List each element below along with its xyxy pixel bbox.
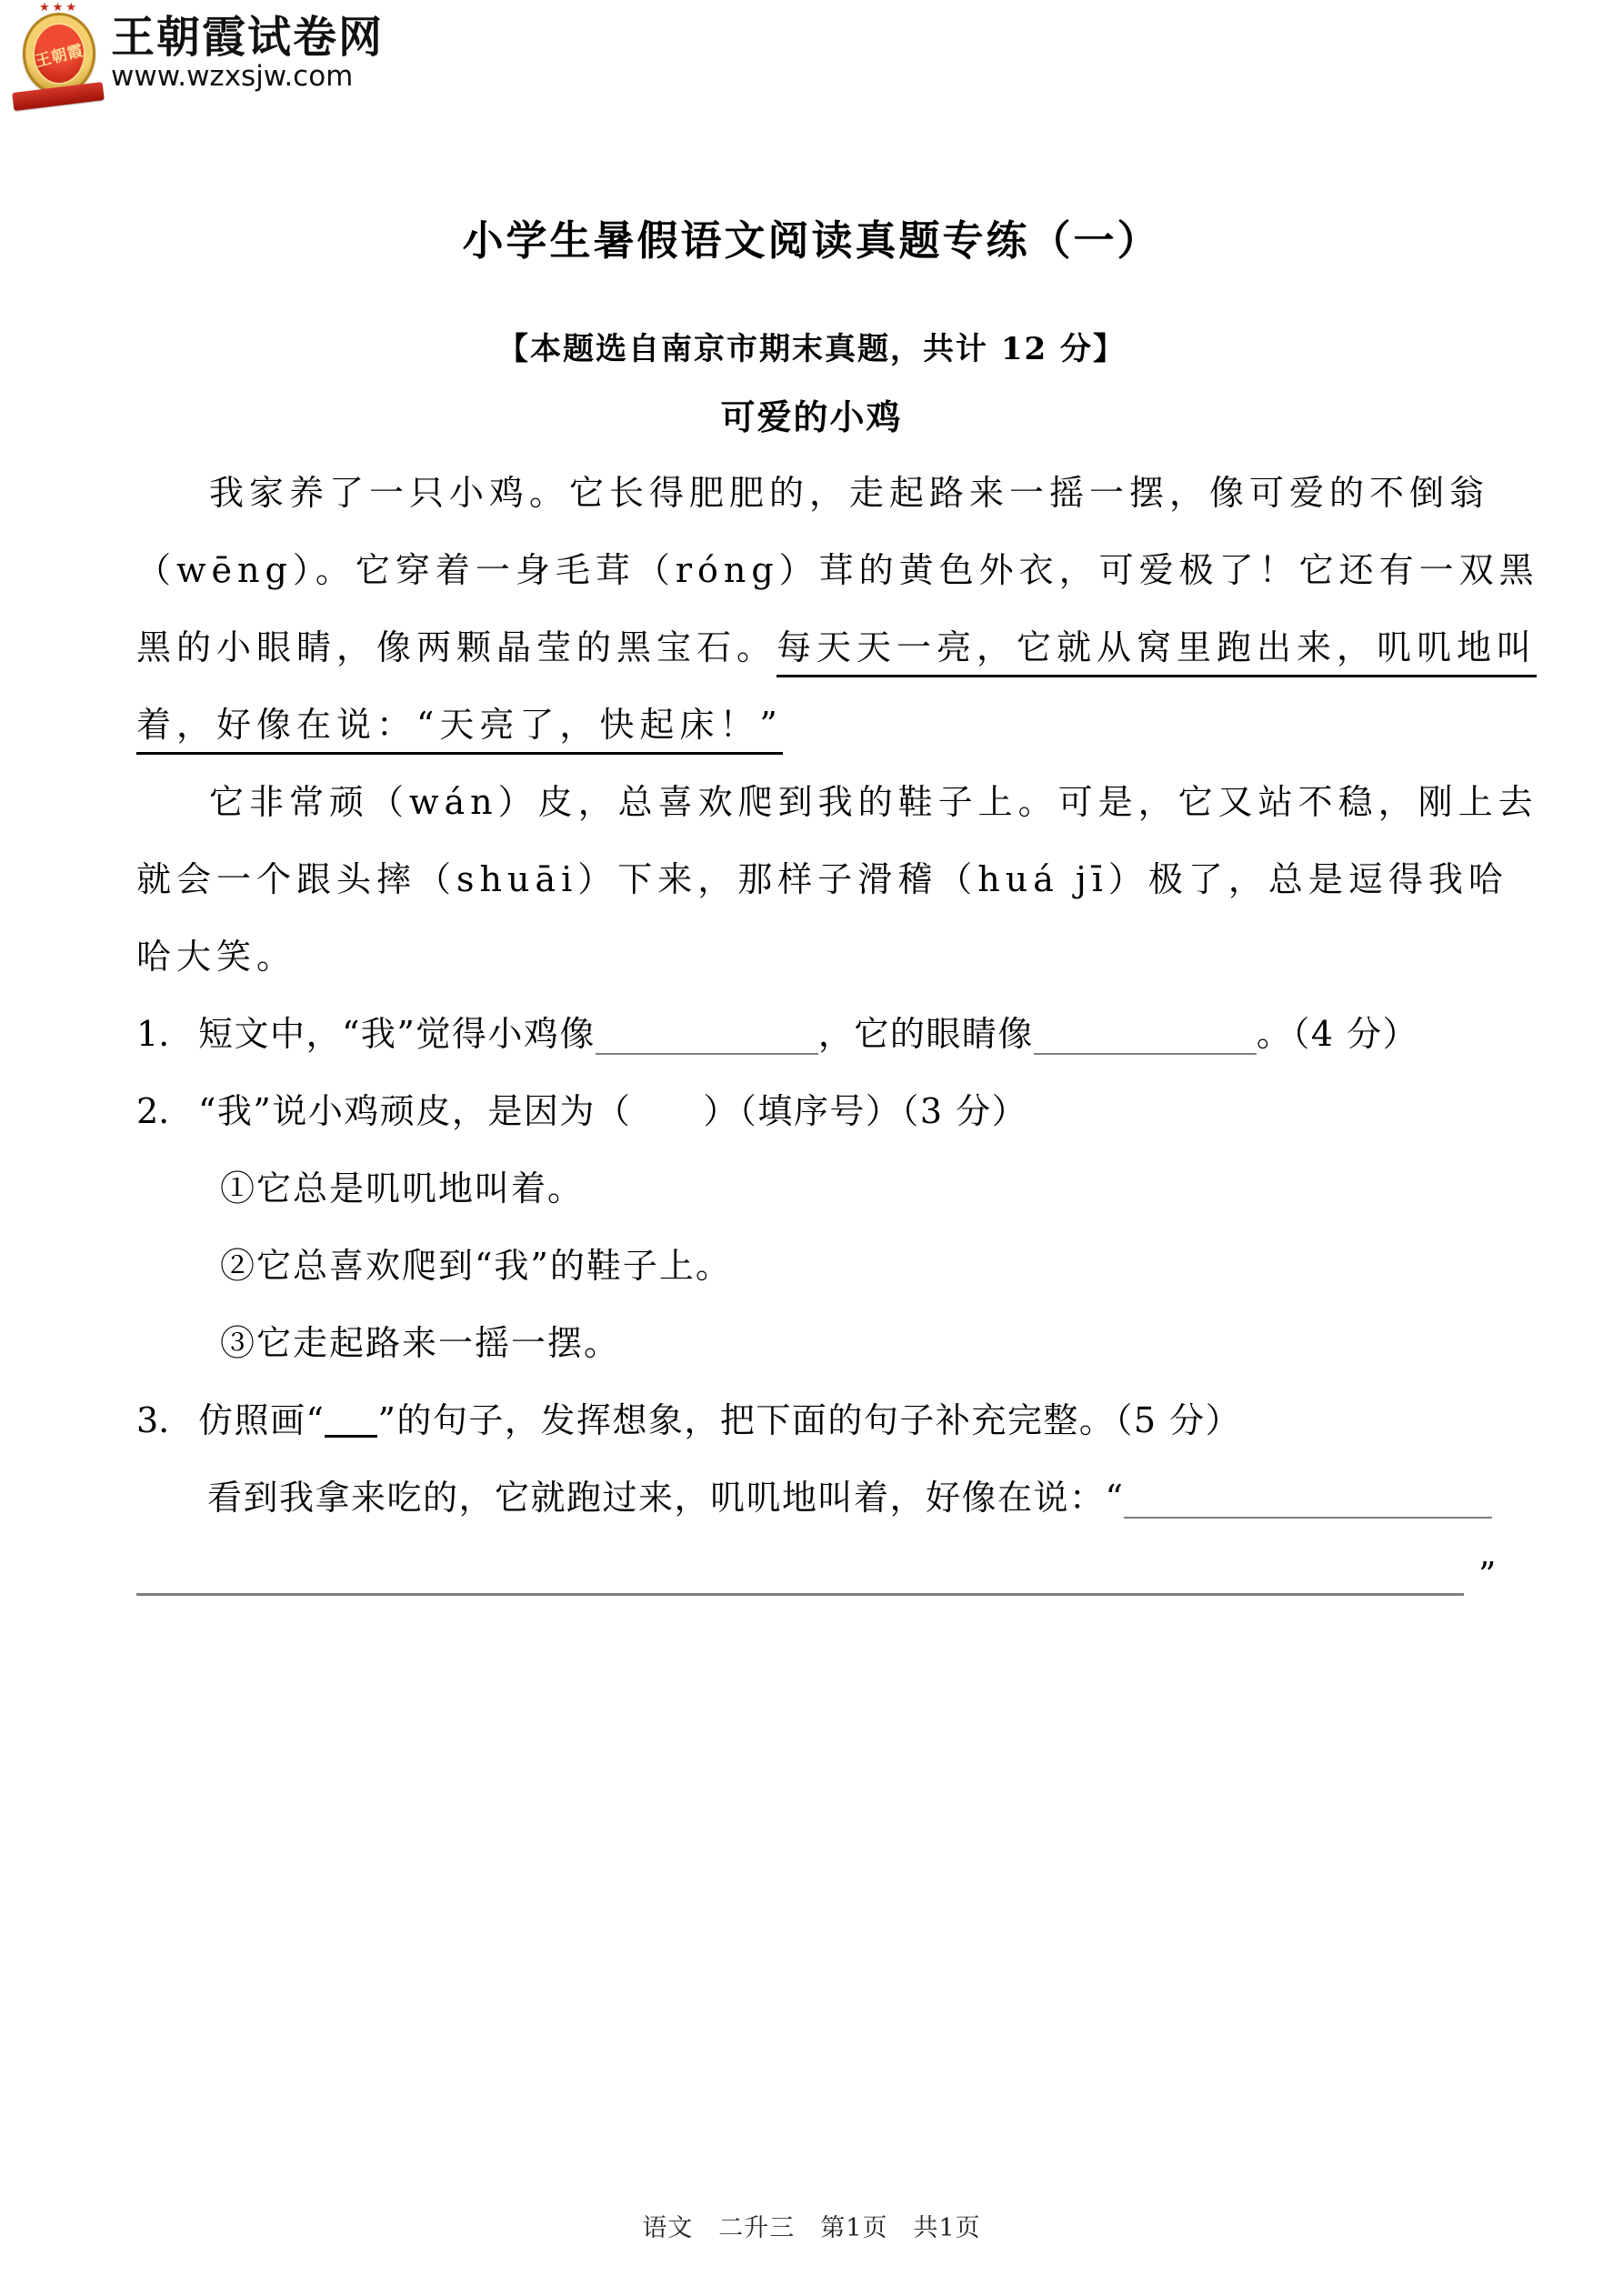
brand-logo-badge-icon: ★★★ 王朝霞 (20, 5, 98, 107)
question-text: ，它的眼睛像 (818, 1014, 1034, 1054)
passage-text: 它非常顽（wán）皮，总喜欢爬到我的鞋子上。可是，它又站不稳，刚上去 (209, 782, 1538, 822)
passage-line: 就会一个跟头摔（shuāi）下来，那样子滑稽（huá jī）极了，总是逗得我哈 (136, 841, 1505, 918)
passage-line: 着，好像在说：“天亮了，快起床！” (136, 687, 1505, 764)
question-text: 看到我拿来吃的，它就跑过来，叽叽地叫着，好像在说：“ (207, 1478, 1124, 1518)
brand-name: 王朝霞试卷网 (111, 15, 384, 60)
passage-title: 可爱的小鸡 (0, 389, 1623, 439)
passage-text: （wēng）。它穿着一身毛茸（róng）茸的黄色外衣，可爱极了！它还有一双黑 (136, 550, 1539, 590)
short-example-blank (325, 1435, 377, 1438)
question-number: 2. (136, 1073, 198, 1150)
passage-line: 黑的小眼睛，像两颗晶莹的黑宝石。每天天一亮，它就从窝里跑出来，叽叽地叫 (136, 609, 1505, 687)
question-text: “我”说小鸡顽皮，是因为（ ）（填序号）（3 分） (198, 1091, 1027, 1131)
question-text: 短文中，“我”觉得小鸡像 (198, 1014, 596, 1054)
passage-text: 黑的小眼睛，像两颗晶莹的黑宝石。 (136, 627, 776, 667)
question-number: 1. (136, 996, 198, 1073)
underlined-sentence: 每天天一亮，它就从窝里跑出来，叽叽地叫 (776, 627, 1537, 677)
passage-line: 哈大笑。 (136, 918, 1505, 996)
answer-blank (596, 1053, 818, 1055)
passage-line: 我家养了一只小鸡。它长得肥肥的，走起路来一摇一摆，像可爱的不倒翁 (136, 455, 1505, 532)
question-text: 仿照画“ (198, 1400, 325, 1440)
site-header: ★★★ 王朝霞 王朝霞试卷网 www.wzxsjw.com (20, 5, 384, 107)
passage-and-questions: 我家养了一只小鸡。它长得肥肥的，走起路来一摇一摆，像可爱的不倒翁 （wēng）。… (136, 455, 1505, 1614)
question-3: 3.仿照画“”的句子，发挥想象，把下面的句子补充完整。（5 分） (136, 1382, 1505, 1459)
question-number: 3. (136, 1382, 198, 1459)
closing-quote: ” (1478, 1555, 1496, 1595)
question-2-option-2: ②它总喜欢爬到“我”的鞋子上。 (136, 1228, 1505, 1305)
answer-blank (1124, 1517, 1492, 1519)
page-title: 小学生暑假语文阅读真题专练（一） (0, 207, 1623, 266)
passage-line: （wēng）。它穿着一身毛茸（róng）茸的黄色外衣，可爱极了！它还有一双黑 (136, 532, 1505, 609)
passage-text: 我家养了一只小鸡。它长得肥肥的，走起路来一摇一摆，像可爱的不倒翁 (209, 473, 1489, 513)
brand-url: www.wzxsjw.com (111, 60, 384, 93)
source-note: 【本题选自南京市期末真题，共计 12 分】 (0, 324, 1623, 368)
answer-blank (136, 1593, 1464, 1596)
page-footer: 语文 二升三 第1页 共1页 (0, 2208, 1623, 2243)
question-2-option-3: ③它走起路来一摇一摆。 (136, 1305, 1505, 1382)
brand-text-block: 王朝霞试卷网 www.wzxsjw.com (111, 5, 384, 93)
passage-text: 就会一个跟头摔（shuāi）下来，那样子滑稽（huá jī）极了，总是逗得我哈 (136, 859, 1508, 899)
underlined-sentence: 着，好像在说：“天亮了，快起床！” (136, 705, 783, 755)
question-1: 1.短文中，“我”觉得小鸡像，它的眼睛像。（4 分） (136, 996, 1505, 1073)
question-3-fill-line: 看到我拿来吃的，它就跑过来，叽叽地叫着，好像在说：“ (136, 1459, 1505, 1537)
question-2-option-1: ①它总是叽叽地叫着。 (136, 1150, 1505, 1228)
question-text: 。（4 分） (1257, 1014, 1418, 1054)
passage-line: 它非常顽（wán）皮，总喜欢爬到我的鞋子上。可是，它又站不稳，刚上去 (136, 764, 1505, 841)
passage-text: 哈大笑。 (136, 937, 296, 977)
question-3-answer-line: ” (136, 1537, 1505, 1614)
answer-blank (1034, 1053, 1257, 1055)
badge-logo-text: 王朝霞 (33, 36, 85, 70)
question-2: 2.“我”说小鸡顽皮，是因为（ ）（填序号）（3 分） (136, 1073, 1505, 1150)
exam-page: ★★★ 王朝霞 王朝霞试卷网 www.wzxsjw.com 小学生暑假语文阅读真… (0, 0, 1623, 2296)
badge-red-medal: 王朝霞 (33, 23, 85, 85)
question-text: ”的句子，发挥想象，把下面的句子补充完整。（5 分） (377, 1400, 1241, 1440)
